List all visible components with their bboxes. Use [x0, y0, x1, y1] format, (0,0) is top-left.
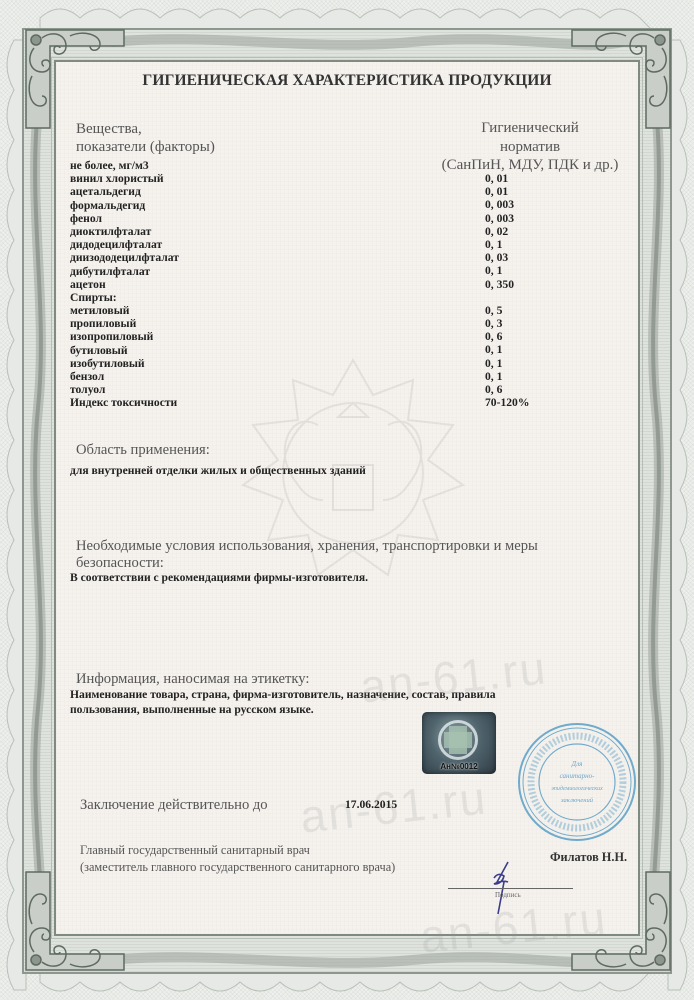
- substance-name: диоктилфталат: [70, 225, 179, 238]
- hologram-code: Ан№0012: [422, 762, 496, 771]
- hologram-ring-icon: [438, 720, 478, 760]
- norm-value: 70-120%: [485, 396, 529, 409]
- conditions-label-line1: Необходимые условия использования, хране…: [76, 537, 538, 555]
- norm-value: 0, 003: [485, 198, 529, 211]
- substance-name: бутиловый: [70, 344, 179, 357]
- application-value: для внутренней отделки жилых и обществен…: [70, 464, 366, 479]
- norm-value: [485, 291, 529, 304]
- application-label: Область применения:: [76, 441, 210, 459]
- substance-name: пропиловый: [70, 317, 179, 330]
- label-info-label: Информация, наносимая на этикетку:: [76, 670, 309, 688]
- header-line: Гигиенический: [425, 119, 635, 138]
- substance-name: не более, мг/м3: [70, 159, 179, 172]
- signature-line: [448, 888, 573, 889]
- norm-value: 0, 02: [485, 225, 529, 238]
- norm-column-header: Гигиенический норматив (СанПиН, МДУ, ПДК…: [425, 119, 635, 175]
- substance-name: изобутиловый: [70, 357, 179, 370]
- substance-name: бензол: [70, 370, 179, 383]
- norm-value: 0, 003: [485, 212, 529, 225]
- substance-name: Спирты:: [70, 291, 179, 304]
- substance-name: ацетон: [70, 278, 179, 291]
- substances-column-header: Вещества, показатели (факторы): [76, 120, 215, 156]
- validity-date: 17.06.2015: [345, 798, 397, 811]
- conditions-value: В соответствии с рекомендациями фирмы-из…: [70, 571, 368, 586]
- signatory-title-line1: Главный государственный санитарный врач: [80, 842, 395, 859]
- substance-name: дидодецилфталат: [70, 238, 179, 251]
- substance-name: толуол: [70, 383, 179, 396]
- norm-value: 0, 01: [485, 172, 529, 185]
- label-info-value-line2: пользования, выполненные на русском язык…: [70, 703, 314, 718]
- norm-value: 0, 1: [485, 357, 529, 370]
- site-watermark: an-61.ru: [358, 640, 550, 713]
- substances-list: не более, мг/м3винил хлористыйацетальдег…: [70, 159, 179, 410]
- header-line: (СанПиН, МДУ, ПДК и др.): [425, 156, 635, 175]
- norm-value: 0, 350: [485, 278, 529, 291]
- document-title: ГИГИЕНИЧЕСКАЯ ХАРАКТЕРИСТИКА ПРОДУКЦИИ: [0, 72, 694, 90]
- header-line: Вещества,: [76, 120, 215, 138]
- stamp-text: эпидемиологических: [551, 785, 603, 792]
- substance-name: винил хлористый: [70, 172, 179, 185]
- norm-value: 0, 6: [485, 383, 529, 396]
- signature-caption: Подпись: [495, 891, 521, 899]
- signatory-name: Филатов Н.Н.: [550, 850, 627, 865]
- validity-label: Заключение действительно до: [80, 797, 268, 814]
- substance-name: Индекс токсичности: [70, 396, 179, 409]
- substance-name: изопропиловый: [70, 330, 179, 343]
- stamp-text: заключений: [560, 797, 594, 804]
- substance-name: дибутилфталат: [70, 265, 179, 278]
- official-stamp-icon: Для санитарно- эпидемиологических заключ…: [515, 720, 640, 845]
- norm-value: 0, 6: [485, 330, 529, 343]
- norm-value: 0, 1: [485, 370, 529, 383]
- conditions-label-line2: безопасности:: [76, 554, 164, 572]
- norm-value: 0, 1: [485, 343, 529, 356]
- norm-value: 0, 1: [485, 238, 529, 251]
- stamp-text: Для: [571, 760, 583, 768]
- substance-name: формальдегид: [70, 199, 179, 212]
- norm-value: 0, 1: [485, 264, 529, 277]
- norm-value: 0, 03: [485, 251, 529, 264]
- header-line: норматив: [425, 138, 635, 157]
- header-line: показатели (факторы): [76, 138, 215, 156]
- hologram-sticker: Ан№0012: [422, 712, 496, 774]
- norm-values-list: 0, 010, 010, 0030, 0030, 020, 10, 030, 1…: [485, 172, 529, 409]
- signatory-title-line2: (заместитель главного государственного с…: [80, 859, 395, 876]
- substance-name: метиловый: [70, 304, 179, 317]
- certificate-content: ГИГИЕНИЧЕСКАЯ ХАРАКТЕРИСТИКА ПРОДУКЦИИ В…: [0, 0, 694, 1000]
- substance-name: ацетальдегид: [70, 185, 179, 198]
- norm-value: 0, 3: [485, 317, 529, 330]
- substance-name: фенол: [70, 212, 179, 225]
- signatory-title: Главный государственный санитарный врач …: [80, 842, 395, 876]
- norm-value: 0, 01: [485, 185, 529, 198]
- stamp-text: санитарно-: [560, 772, 596, 780]
- norm-value: 0, 5: [485, 304, 529, 317]
- substance-name: диизододецилфталат: [70, 251, 179, 264]
